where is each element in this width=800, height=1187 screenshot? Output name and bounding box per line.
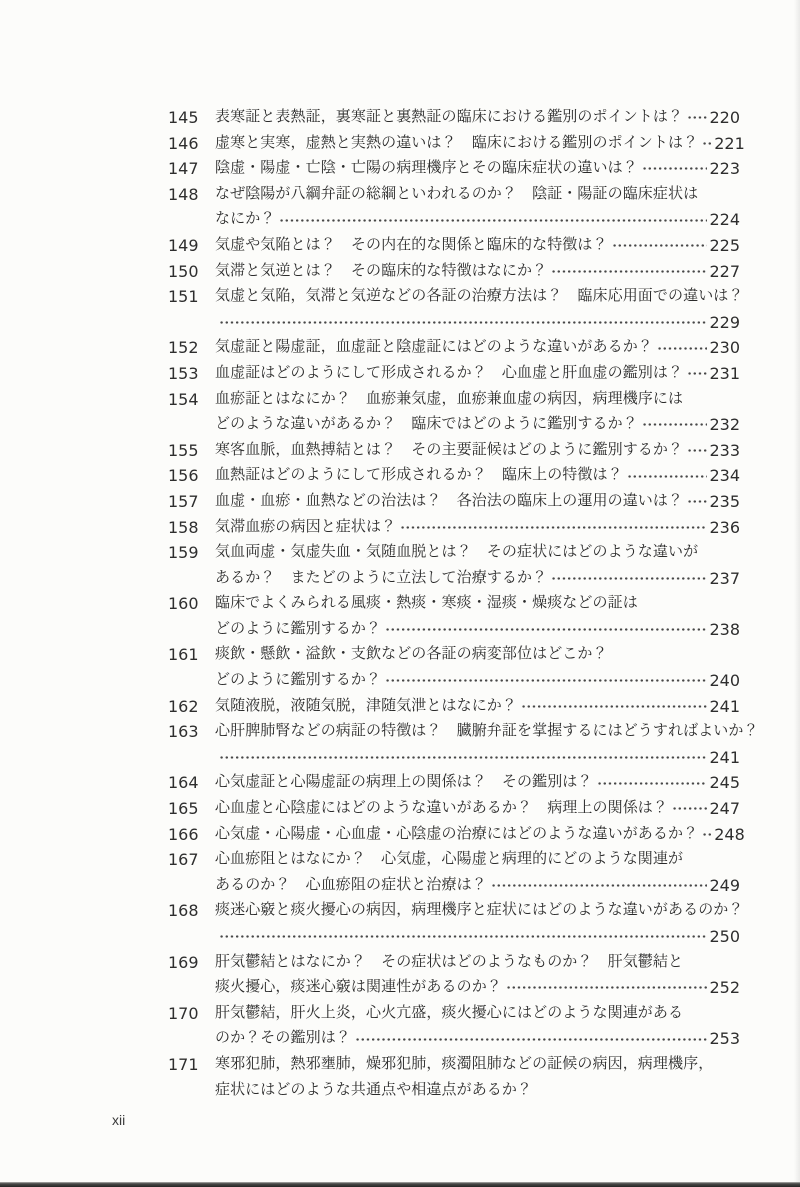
entry-number: 157: [168, 489, 215, 515]
entry-text: 症状にはどのような共通点や相違点があるか？: [215, 1078, 532, 1104]
entry-body: 血虚・血瘀・血熱などの治法は？ 各治法の臨床上の運用の違いは？235: [215, 489, 740, 515]
entry-text: 気随液脱，液随気脱，津随気泄とはなにか？: [215, 694, 517, 720]
dot-leader: [400, 525, 707, 530]
toc-entry: 152 気虚証と陽虚証，血虚証と陰虚証にはどのような違いがあるか？230: [168, 335, 740, 361]
toc-entry: 165 心血虚と心陰虚にはどのような違いがあるか？ 病理上の関係は？247: [168, 796, 740, 822]
toc-entry: 150 気滞と気逆とは？ その臨床的な特徴はなにか？227: [168, 259, 740, 285]
dot-leader: [385, 627, 707, 632]
entry-body: 痰迷心竅と痰火擾心の病因，病理機序と症状にはどのような違いがあるのか？250: [215, 898, 740, 949]
toc-entry: 148 なぜ陰陽が八綱弁証の総綱といわれるのか？ 陰証・陽証の臨床症状はなにか？…: [168, 182, 740, 233]
toc-entry: 157 血虚・血瘀・血熱などの治法は？ 各治法の臨床上の運用の違いは？235: [168, 489, 740, 515]
entry-text: 臨床でよくみられる風痰・熱痰・寒痰・湿痰・燥痰などの証は: [215, 591, 638, 617]
toc-line: 気随液脱，液随気脱，津随気泄とはなにか？241: [215, 694, 740, 720]
entry-number: 154: [168, 387, 215, 413]
entry-page-number: 231: [709, 361, 740, 387]
dot-leader: [687, 448, 707, 453]
entry-page-number: 245: [709, 770, 740, 796]
entry-number: 167: [168, 847, 215, 873]
entry-page-number: 241: [709, 745, 740, 771]
entry-body: 血熱証はどのようにして形成されるか？ 臨床上の特徴は？234: [215, 463, 740, 489]
scan-edge-bottom: [0, 1182, 800, 1187]
toc-entry: 155 寒客血脈，血熱搏結とは？ その主要証候はどのように鑑別するか？233: [168, 438, 740, 464]
toc-line: 229: [215, 310, 740, 336]
entry-page-number: 232: [709, 412, 740, 438]
entry-body: 肝気鬱結とはなにか？ その症状はどのようなものか？ 肝気鬱結と痰火擾心，痰迷心竅…: [215, 950, 740, 1001]
toc-line: 肝気鬱結とはなにか？ その症状はどのようなものか？ 肝気鬱結と: [215, 950, 740, 976]
toc-entry: 171 寒邪犯肺，熱邪壅肺，燥邪犯肺，痰濁阻肺などの証候の病因，病理機序，症状に…: [168, 1052, 740, 1103]
toc-line: なにか？224: [215, 207, 740, 233]
toc-line: どのように鑑別するか？240: [215, 668, 740, 694]
toc-line: 気虚と気陥，気滞と気逆などの各証の治療方法は？ 臨床応用面での違いは？: [215, 284, 740, 310]
entry-number: 159: [168, 540, 215, 566]
toc-entry: 169 肝気鬱結とはなにか？ その症状はどのようなものか？ 肝気鬱結と痰火擾心，…: [168, 950, 740, 1001]
toc-line: 血虚・血瘀・血熱などの治法は？ 各治法の臨床上の運用の違いは？235: [215, 489, 740, 515]
entry-number: 160: [168, 591, 215, 617]
dot-leader: [642, 166, 708, 171]
entry-text: 気虚や気陥とは？ その内在的な関係と臨床的な特徴は？: [215, 233, 608, 259]
toc-entry: 159 気血両虚・気虚失血・気随血脱とは？ その症状にはどのような違いがあるか？…: [168, 540, 740, 591]
scan-edge-right: [794, 0, 800, 1187]
entry-text: 心気虚・心陽虚・心血虚・心陰虚の治療にはどのような違いがあるか？: [215, 822, 698, 848]
toc-line: 心血虚と心陰虚にはどのような違いがあるか？ 病理上の関係は？247: [215, 796, 740, 822]
entry-page-number: 225: [709, 233, 740, 259]
entry-text: 気滞と気逆とは？ その臨床的な特徴はなにか？: [215, 259, 547, 285]
dot-leader: [521, 704, 707, 709]
toc-line: 臨床でよくみられる風痰・熱痰・寒痰・湿痰・燥痰などの証は: [215, 591, 740, 617]
entry-page-number: 249: [709, 873, 740, 899]
entry-number: 165: [168, 796, 215, 822]
entry-number: 147: [168, 156, 215, 182]
entry-body: 心肝脾肺腎などの病証の特徴は？ 臓腑弁証を掌握するにはどうすればよいか？241: [215, 719, 740, 770]
entry-number: 169: [168, 950, 215, 976]
entry-body: 気虚と気陥，気滞と気逆などの各証の治療方法は？ 臨床応用面での違いは？229: [215, 284, 740, 335]
toc-line: 気虚証と陽虚証，血虚証と陰虚証にはどのような違いがあるか？230: [215, 335, 740, 361]
toc-entry: 166 心気虚・心陽虚・心血虚・心陰虚の治療にはどのような違いがあるか？248: [168, 822, 740, 848]
dot-leader: [702, 832, 712, 837]
toc-line: 心血瘀阻とはなにか？ 心気虚，心陽虚と病理的にどのような関連が: [215, 847, 740, 873]
entry-text: 気血両虚・気虚失血・気随血脱とは？ その症状にはどのような違いが: [215, 540, 698, 566]
entry-body: 気滞血瘀の病因と症状は？236: [215, 515, 740, 541]
toc-line: 241: [215, 745, 740, 771]
toc-line: 陰虚・陽虚・亡陰・亡陽の病理機序とその臨床症状の違いは？223: [215, 156, 740, 182]
dot-leader: [687, 115, 707, 120]
entry-number: 168: [168, 898, 215, 924]
dot-leader: [657, 346, 708, 351]
entry-page-number: 238: [709, 617, 740, 643]
entry-page-number: 221: [714, 131, 745, 157]
dot-leader: [627, 474, 708, 479]
dot-leader: [702, 141, 712, 146]
entry-text: 血虚証はどのようにして形成されるか？ 心血虚と肝血虚の鑑別は？: [215, 361, 683, 387]
toc-entry: 147 陰虚・陽虚・亡陰・亡陽の病理機序とその臨床症状の違いは？223: [168, 156, 740, 182]
toc-entry: 163 心肝脾肺腎などの病証の特徴は？ 臓腑弁証を掌握するにはどうすればよいか？…: [168, 719, 740, 770]
entry-text: 心血瘀阻とはなにか？ 心気虚，心陽虚と病理的にどのような関連が: [215, 847, 683, 873]
toc-line: 気滞と気逆とは？ その臨床的な特徴はなにか？227: [215, 259, 740, 285]
dot-leader: [506, 985, 708, 990]
toc-line: 寒邪犯肺，熱邪壅肺，燥邪犯肺，痰濁阻肺などの証候の病因，病理機序，: [215, 1052, 740, 1078]
entry-body: 痰飲・懸飲・溢飲・支飲などの各証の病変部位はどこか？どのように鑑別するか？240: [215, 642, 740, 693]
entry-text: なにか？: [215, 207, 275, 233]
toc-entry: 167 心血瘀阻とはなにか？ 心気虚，心陽虚と病理的にどのような関連があるのか？…: [168, 847, 740, 898]
dot-leader: [219, 934, 707, 939]
entry-text: どのような違いがあるか？ 臨床ではどのように鑑別するか？: [215, 412, 638, 438]
entry-page-number: 229: [709, 310, 740, 336]
entry-number: 155: [168, 438, 215, 464]
entry-body: 虚寒と実寒，虚熱と実熱の違いは？ 臨床における鑑別のポイントは？221: [215, 131, 740, 157]
entry-number: 148: [168, 182, 215, 208]
entry-text: 表寒証と表熱証，裏寒証と裏熱証の臨床における鑑別のポイントは？: [215, 105, 683, 131]
entry-number: 164: [168, 770, 215, 796]
entry-number: 150: [168, 259, 215, 285]
entry-page-number: 227: [709, 259, 740, 285]
entry-body: 気随液脱，液随気脱，津随気泄とはなにか？241: [215, 694, 740, 720]
entry-body: 肝気鬱結，肝火上炎，心火亢盛，痰火擾心にはどのような関連があるのか？その鑑別は？…: [215, 1001, 740, 1052]
entry-text: 血瘀証とはなにか？ 血瘀兼気虚，血瘀兼血虚の病因，病理機序には: [215, 387, 683, 413]
toc-entry: 161 痰飲・懸飲・溢飲・支飲などの各証の病変部位はどこか？どのように鑑別するか…: [168, 642, 740, 693]
entry-text: 痰飲・懸飲・溢飲・支飲などの各証の病変部位はどこか？: [215, 642, 608, 668]
entry-text: 虚寒と実寒，虚熱と実熱の違いは？ 臨床における鑑別のポイントは？: [215, 131, 698, 157]
entry-body: 気虚証と陽虚証，血虚証と陰虚証にはどのような違いがあるか？230: [215, 335, 740, 361]
page-number-footer: xii: [112, 1112, 125, 1128]
entry-body: 気虚や気陥とは？ その内在的な関係と臨床的な特徴は？225: [215, 233, 740, 259]
toc-line: 虚寒と実寒，虚熱と実熱の違いは？ 臨床における鑑別のポイントは？221: [215, 131, 740, 157]
entry-text: 気虚と気陥，気滞と気逆などの各証の治療方法は？ 臨床応用面での違いは？: [215, 284, 744, 310]
entry-body: 気滞と気逆とは？ その臨床的な特徴はなにか？227: [215, 259, 740, 285]
dot-leader: [687, 371, 707, 376]
entry-text: 肝気鬱結とはなにか？ その症状はどのようなものか？ 肝気鬱結と: [215, 950, 683, 976]
entry-number: 153: [168, 361, 215, 387]
entry-number: 163: [168, 719, 215, 745]
entry-page-number: 237: [709, 566, 740, 592]
entry-body: 臨床でよくみられる風痰・熱痰・寒痰・湿痰・燥痰などの証はどのように鑑別するか？2…: [215, 591, 740, 642]
entry-body: 心血瘀阻とはなにか？ 心気虚，心陽虚と病理的にどのような関連があるのか？ 心血瘀…: [215, 847, 740, 898]
entry-number: 149: [168, 233, 215, 259]
entry-page-number: 247: [709, 796, 740, 822]
entry-body: 陰虚・陽虚・亡陰・亡陽の病理機序とその臨床症状の違いは？223: [215, 156, 740, 182]
dot-leader: [642, 422, 708, 427]
entry-page-number: 233: [709, 438, 740, 464]
toc-line: 血瘀証とはなにか？ 血瘀兼気虚，血瘀兼血虚の病因，病理機序には: [215, 387, 740, 413]
entry-text: 血熱証はどのようにして形成されるか？ 臨床上の特徴は？: [215, 463, 623, 489]
toc-line: 気滞血瘀の病因と症状は？236: [215, 515, 740, 541]
dot-leader: [551, 269, 707, 274]
entry-page-number: 220: [709, 105, 740, 131]
entry-body: 表寒証と表熱証，裏寒証と裏熱証の臨床における鑑別のポイントは？220: [215, 105, 740, 131]
toc-entry: 160 臨床でよくみられる風痰・熱痰・寒痰・湿痰・燥痰などの証はどのように鑑別す…: [168, 591, 740, 642]
toc-line: どのような違いがあるか？ 臨床ではどのように鑑別するか？232: [215, 412, 740, 438]
toc-line: 血熱証はどのようにして形成されるか？ 臨床上の特徴は？234: [215, 463, 740, 489]
toc-line: 痰飲・懸飲・溢飲・支飲などの各証の病変部位はどこか？: [215, 642, 740, 668]
entry-text: 気虚証と陽虚証，血虚証と陰虚証にはどのような違いがあるか？: [215, 335, 653, 361]
entry-text: あるのか？ 心血瘀阻の症状と治療は？: [215, 873, 487, 899]
toc-line: 痰火擾心，痰迷心竅は関連性があるのか？252: [215, 975, 740, 1001]
dot-leader: [672, 806, 707, 811]
toc-line: 寒客血脈，血熱搏結とは？ その主要証候はどのように鑑別するか？233: [215, 438, 740, 464]
entry-text: 心気虚証と心陽虚証の病理上の関係は？ その鑑別は？: [215, 770, 593, 796]
entry-text: どのように鑑別するか？: [215, 668, 381, 694]
toc-line: 肝気鬱結，肝火上炎，心火亢盛，痰火擾心にはどのような関連がある: [215, 1001, 740, 1027]
entry-body: なぜ陰陽が八綱弁証の総綱といわれるのか？ 陰証・陽証の臨床症状はなにか？224: [215, 182, 740, 233]
toc-entry: 154 血瘀証とはなにか？ 血瘀兼気虚，血瘀兼血虚の病因，病理機序にはどのような…: [168, 387, 740, 438]
toc-line: 気血両虚・気虚失血・気随血脱とは？ その症状にはどのような違いが: [215, 540, 740, 566]
toc-entry: 153 血虚証はどのようにして形成されるか？ 心血虚と肝血虚の鑑別は？231: [168, 361, 740, 387]
toc-entry: 156 血熱証はどのようにして形成されるか？ 臨床上の特徴は？234: [168, 463, 740, 489]
toc-line: のか？その鑑別は？253: [215, 1026, 740, 1052]
entry-text: なぜ陰陽が八綱弁証の総綱といわれるのか？ 陰証・陽証の臨床症状は: [215, 182, 698, 208]
entry-page-number: 250: [709, 924, 740, 950]
toc-line: 症状にはどのような共通点や相違点があるか？: [215, 1078, 740, 1104]
toc-line: あるか？ またどのように立法して治療するか？237: [215, 566, 740, 592]
toc-entry: 168 痰迷心竅と痰火擾心の病因，病理機序と症状にはどのような違いがあるのか？2…: [168, 898, 740, 949]
toc-entry: 162 気随液脱，液随気脱，津随気泄とはなにか？241: [168, 694, 740, 720]
dot-leader: [279, 218, 707, 223]
toc-entry: 151 気虚と気陥，気滞と気逆などの各証の治療方法は？ 臨床応用面での違いは？2…: [168, 284, 740, 335]
toc-entry: 164 心気虚証と心陽虚証の病理上の関係は？ その鑑別は？245: [168, 770, 740, 796]
entry-number: 162: [168, 694, 215, 720]
toc-line: なぜ陰陽が八綱弁証の総綱といわれるのか？ 陰証・陽証の臨床症状は: [215, 182, 740, 208]
entry-page-number: 240: [709, 668, 740, 694]
entry-body: 心気虚・心陽虚・心血虚・心陰虚の治療にはどのような違いがあるか？248: [215, 822, 740, 848]
toc-entry: 146 虚寒と実寒，虚熱と実熱の違いは？ 臨床における鑑別のポイントは？221: [168, 131, 740, 157]
entry-number: 156: [168, 463, 215, 489]
toc-entry: 149 気虚や気陥とは？ その内在的な関係と臨床的な特徴は？225: [168, 233, 740, 259]
toc-line: 心気虚・心陽虚・心血虚・心陰虚の治療にはどのような違いがあるか？248: [215, 822, 740, 848]
entry-page-number: 236: [709, 515, 740, 541]
entry-text: どのように鑑別するか？: [215, 617, 381, 643]
entry-page-number: 252: [709, 975, 740, 1001]
entry-page-number: 224: [709, 207, 740, 233]
entry-number: 170: [168, 1001, 215, 1027]
dot-leader: [551, 576, 707, 581]
entry-body: 心血虚と心陰虚にはどのような違いがあるか？ 病理上の関係は？247: [215, 796, 740, 822]
entry-number: 161: [168, 642, 215, 668]
dot-leader: [385, 678, 707, 683]
entry-body: 寒客血脈，血熱搏結とは？ その主要証候はどのように鑑別するか？233: [215, 438, 740, 464]
dot-leader: [687, 499, 707, 504]
toc-line: 心気虚証と心陽虚証の病理上の関係は？ その鑑別は？245: [215, 770, 740, 796]
entry-number: 166: [168, 822, 215, 848]
scanned-toc-page: 145 表寒証と表熱証，裏寒証と裏熱証の臨床における鑑別のポイントは？220 1…: [0, 0, 800, 1187]
entry-text: 血虚・血瘀・血熱などの治法は？ 各治法の臨床上の運用の違いは？: [215, 489, 683, 515]
toc-line: 血虚証はどのようにして形成されるか？ 心血虚と肝血虚の鑑別は？231: [215, 361, 740, 387]
entry-page-number: 234: [709, 463, 740, 489]
entry-number: 158: [168, 515, 215, 541]
dot-leader: [597, 781, 708, 786]
entry-text: 寒客血脈，血熱搏結とは？ その主要証候はどのように鑑別するか？: [215, 438, 683, 464]
entry-number: 145: [168, 105, 215, 131]
entry-body: 気血両虚・気虚失血・気随血脱とは？ その症状にはどのような違いがあるか？ またど…: [215, 540, 740, 591]
entry-page-number: 235: [709, 489, 740, 515]
toc-line: 表寒証と表熱証，裏寒証と裏熱証の臨床における鑑別のポイントは？220: [215, 105, 740, 131]
entry-text: 心血虚と心陰虚にはどのような違いがあるか？ 病理上の関係は？: [215, 796, 668, 822]
entry-text: 肝気鬱結，肝火上炎，心火亢盛，痰火擾心にはどのような関連がある: [215, 1001, 683, 1027]
entry-text: 陰虚・陽虚・亡陰・亡陽の病理機序とその臨床症状の違いは？: [215, 156, 638, 182]
entry-text: 気滞血瘀の病因と症状は？: [215, 515, 396, 541]
toc-entry: 158 気滞血瘀の病因と症状は？236: [168, 515, 740, 541]
toc-entry: 170 肝気鬱結，肝火上炎，心火亢盛，痰火擾心にはどのような関連があるのか？その…: [168, 1001, 740, 1052]
entry-body: 血瘀証とはなにか？ 血瘀兼気虚，血瘀兼血虚の病因，病理機序にはどのような違いがあ…: [215, 387, 740, 438]
entry-number: 171: [168, 1052, 215, 1078]
entry-page-number: 241: [709, 694, 740, 720]
entry-page-number: 230: [709, 335, 740, 361]
entry-body: 心気虚証と心陽虚証の病理上の関係は？ その鑑別は？245: [215, 770, 740, 796]
toc-line: 気虚や気陥とは？ その内在的な関係と臨床的な特徴は？225: [215, 233, 740, 259]
entry-text: 痰迷心竅と痰火擾心の病因，病理機序と症状にはどのような違いがあるのか？: [215, 898, 744, 924]
dot-leader: [612, 243, 708, 248]
entry-text: 心肝脾肺腎などの病証の特徴は？ 臓腑弁証を掌握するにはどうすればよいか？: [215, 719, 759, 745]
entry-page-number: 223: [709, 156, 740, 182]
dot-leader: [219, 320, 707, 325]
entry-body: 血虚証はどのようにして形成されるか？ 心血虚と肝血虚の鑑別は？231: [215, 361, 740, 387]
entry-number: 146: [168, 131, 215, 157]
toc-entry: 145 表寒証と表熱証，裏寒証と裏熱証の臨床における鑑別のポイントは？220: [168, 105, 740, 131]
dot-leader: [355, 1037, 708, 1042]
toc-line: 心肝脾肺腎などの病証の特徴は？ 臓腑弁証を掌握するにはどうすればよいか？: [215, 719, 740, 745]
entry-text: のか？その鑑別は？: [215, 1026, 351, 1052]
entry-text: 痰火擾心，痰迷心竅は関連性があるのか？: [215, 975, 502, 1001]
entry-page-number: 253: [709, 1026, 740, 1052]
dot-leader: [491, 883, 708, 888]
entry-body: 寒邪犯肺，熱邪壅肺，燥邪犯肺，痰濁阻肺などの証候の病因，病理機序，症状にはどのよ…: [215, 1052, 740, 1103]
entry-page-number: 248: [714, 822, 745, 848]
entry-number: 151: [168, 284, 215, 310]
toc-line: 痰迷心竅と痰火擾心の病因，病理機序と症状にはどのような違いがあるのか？: [215, 898, 740, 924]
toc-line: 250: [215, 924, 740, 950]
toc-line: あるのか？ 心血瘀阻の症状と治療は？249: [215, 873, 740, 899]
entry-number: 152: [168, 335, 215, 361]
entry-text: 寒邪犯肺，熱邪壅肺，燥邪犯肺，痰濁阻肺などの証候の病因，病理機序，: [215, 1052, 713, 1078]
entry-text: あるか？ またどのように立法して治療するか？: [215, 566, 547, 592]
dot-leader: [219, 755, 707, 760]
toc-line: どのように鑑別するか？238: [215, 617, 740, 643]
toc-list: 145 表寒証と表熱証，裏寒証と裏熱証の臨床における鑑別のポイントは？220 1…: [168, 105, 740, 1103]
